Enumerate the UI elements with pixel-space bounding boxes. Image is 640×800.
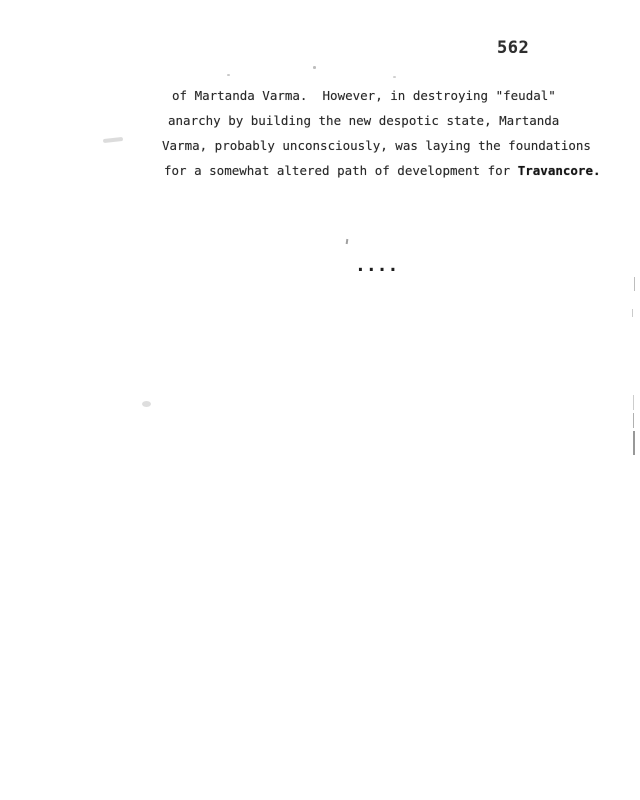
document-page: 562 of Martanda Varma. However, in destr… (0, 0, 640, 800)
scan-smudge (103, 137, 123, 143)
scan-tick-mark (346, 239, 348, 244)
right-margin-mark (633, 431, 635, 455)
scan-speck (313, 66, 316, 69)
right-margin-mark (632, 309, 633, 317)
section-break-dots: .... (355, 257, 398, 275)
text-line: Varma, probably unconsciously, was layin… (162, 133, 622, 158)
scan-speck (393, 76, 396, 78)
right-margin-mark (634, 277, 636, 291)
text-line: anarchy by building the new despotic sta… (168, 108, 622, 133)
text-line: of Martanda Varma. However, in destroyin… (172, 83, 622, 108)
scan-speck (227, 74, 230, 76)
right-margin-mark (633, 395, 634, 410)
text-line: for a somewhat altered path of developme… (164, 158, 622, 183)
scan-smudge (142, 401, 151, 407)
text-line-prefix: for a somewhat altered path of developme… (164, 163, 518, 178)
right-margin-mark (633, 413, 634, 428)
page-number: 562 (497, 40, 529, 57)
emphasis-text: Travancore. (518, 163, 601, 178)
paragraph: of Martanda Varma. However, in destroyin… (162, 83, 622, 183)
